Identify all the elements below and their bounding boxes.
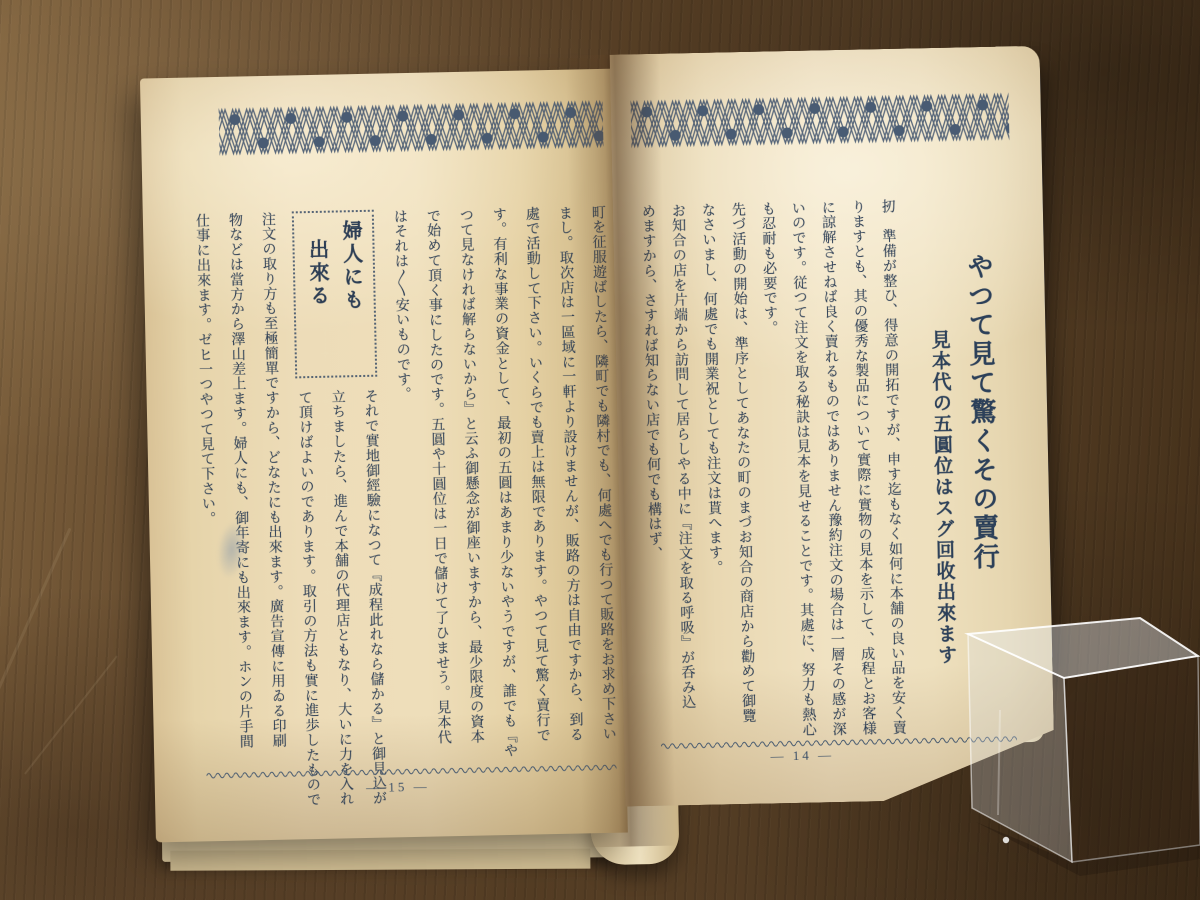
zigzag-border-ornament: [219, 96, 604, 158]
columns-under-heading: それで實地御經驗になつて『成程此れなら儲かる』と御見込が 立ちましたら、進んで本…: [296, 388, 387, 807]
text-column: す。有利な事業の資金として、最初の五圓はあまり少ないやうですが、誰でも『や: [490, 207, 518, 759]
text-column: はそれは〳〵安いものです。: [391, 209, 411, 402]
text-column: て頂けばよいのであります。取引の方法も實に進歩したもので: [296, 390, 321, 807]
page-number: — 14 —: [762, 747, 842, 765]
photo: { "colors": { "ink": "#31455e", "paper_r…: [0, 0, 1200, 900]
cube-right-face: [1064, 656, 1200, 862]
text-column: つて見なければ解らないから』と云ふ御懸念が御座いますから、最少限度の資本: [457, 208, 484, 745]
open-booklet: 町を征服遊ばしたら、隣町でも隣村でも、何處へでも行つて販路をお求め下さい まし。…: [138, 46, 1065, 871]
text-column: 扨 準備が整ひ、得意の開拓ですが、申す迄もなく如何に本舗の良い品を安く賣: [879, 199, 906, 736]
text-column: 處で活動して下さい。いくらでも賣上は無限であります。やつて見て驚く賣行で: [523, 206, 550, 743]
text-column: 物などは當方から澤山差上ます。婦人にも、御年寄にも出來ます。ホンの片手間: [226, 212, 253, 749]
page-number: — 15 —: [353, 778, 443, 796]
headline: やつて見て驚くその賣行: [958, 253, 1005, 573]
text-column: も忍耐も必要です。: [759, 201, 778, 335]
text-column: に諒解させねば良く賣れるものではありません豫約注文の場合は一層その感が深: [819, 200, 846, 737]
page-stack-edge-bottom: [170, 849, 590, 871]
text-column: りますとも、其の優秀な製品について實際に實物の見本を示して、成程とお客様: [849, 199, 876, 736]
text-column: それで實地御經驗になつて『成程此れなら儲かる』と御見込が: [361, 388, 386, 805]
boxed-heading-group: 婦人にも 出來る それで實地御經驗になつて『成程此れなら儲かる』と御見込が 立ち…: [292, 210, 386, 808]
boxed-section-heading: 婦人にも 出來る: [292, 210, 377, 378]
page-15-text-block: 町を征服遊ばしたら、隣町でも隣村でも、何處へでも行つて販路をお求め下さい まし。…: [181, 205, 617, 810]
zigzag-border-ornament: [630, 88, 1009, 150]
text-column: 町を征服遊ばしたら、隣町でも隣村でも、何處へでも行つて販路をお求め下さい: [589, 205, 616, 742]
acrylic-cube: [940, 590, 1200, 900]
page-15: 町を征服遊ばしたら、隣町でも隣村でも、何處へでも行つて販路をお求め下さい まし。…: [140, 69, 628, 843]
text-column: なさいまし、何處でも開業祝としても注文は貰へます。: [699, 203, 723, 576]
heading-line: 婦人にも: [338, 220, 365, 367]
text-column: お知合の店を片端から訪問して居らしやる中に『注文を取る呼吸』が呑み込: [669, 203, 696, 710]
text-column: まし。取次店は一區域に一軒より設けませんが、販路の方は自由ですから、到る: [556, 206, 583, 743]
text-column: めますから、さすれば知らない店でも何でも構はず、: [639, 204, 662, 562]
text-column: 先づ活動の開始は、準序としてあなたの町のまづお知合の商店から勸めて御覽: [729, 202, 756, 724]
text-column: で始めて頂く事にしたのです。五圓や十圓位は一日で儲けて了ひませう。見本代: [424, 208, 451, 745]
text-column: 注文の取り方も至極簡單ですから、どなたにも出來ます。廣告宣傳に用ゐる印刷: [259, 212, 286, 749]
page-14-text-block: 扨 準備が整ひ、得意の開拓ですが、申す迄もなく如何に本舗の良い品を安く賣 ります…: [629, 199, 907, 776]
text-column: いのです。従つて注文を取る秘訣は見本を見せることです。其處に、努力も熱心: [789, 201, 816, 738]
text-column: 立ちましたら、進んで本舗の代理店ともなり、大いに力を入れ: [329, 389, 354, 806]
heading-line: 出來る: [304, 239, 331, 368]
cube-sparkle: [1003, 837, 1009, 843]
text-column: 仕事に出來ます。ゼヒ一つやつて見て下さい。: [193, 213, 216, 526]
